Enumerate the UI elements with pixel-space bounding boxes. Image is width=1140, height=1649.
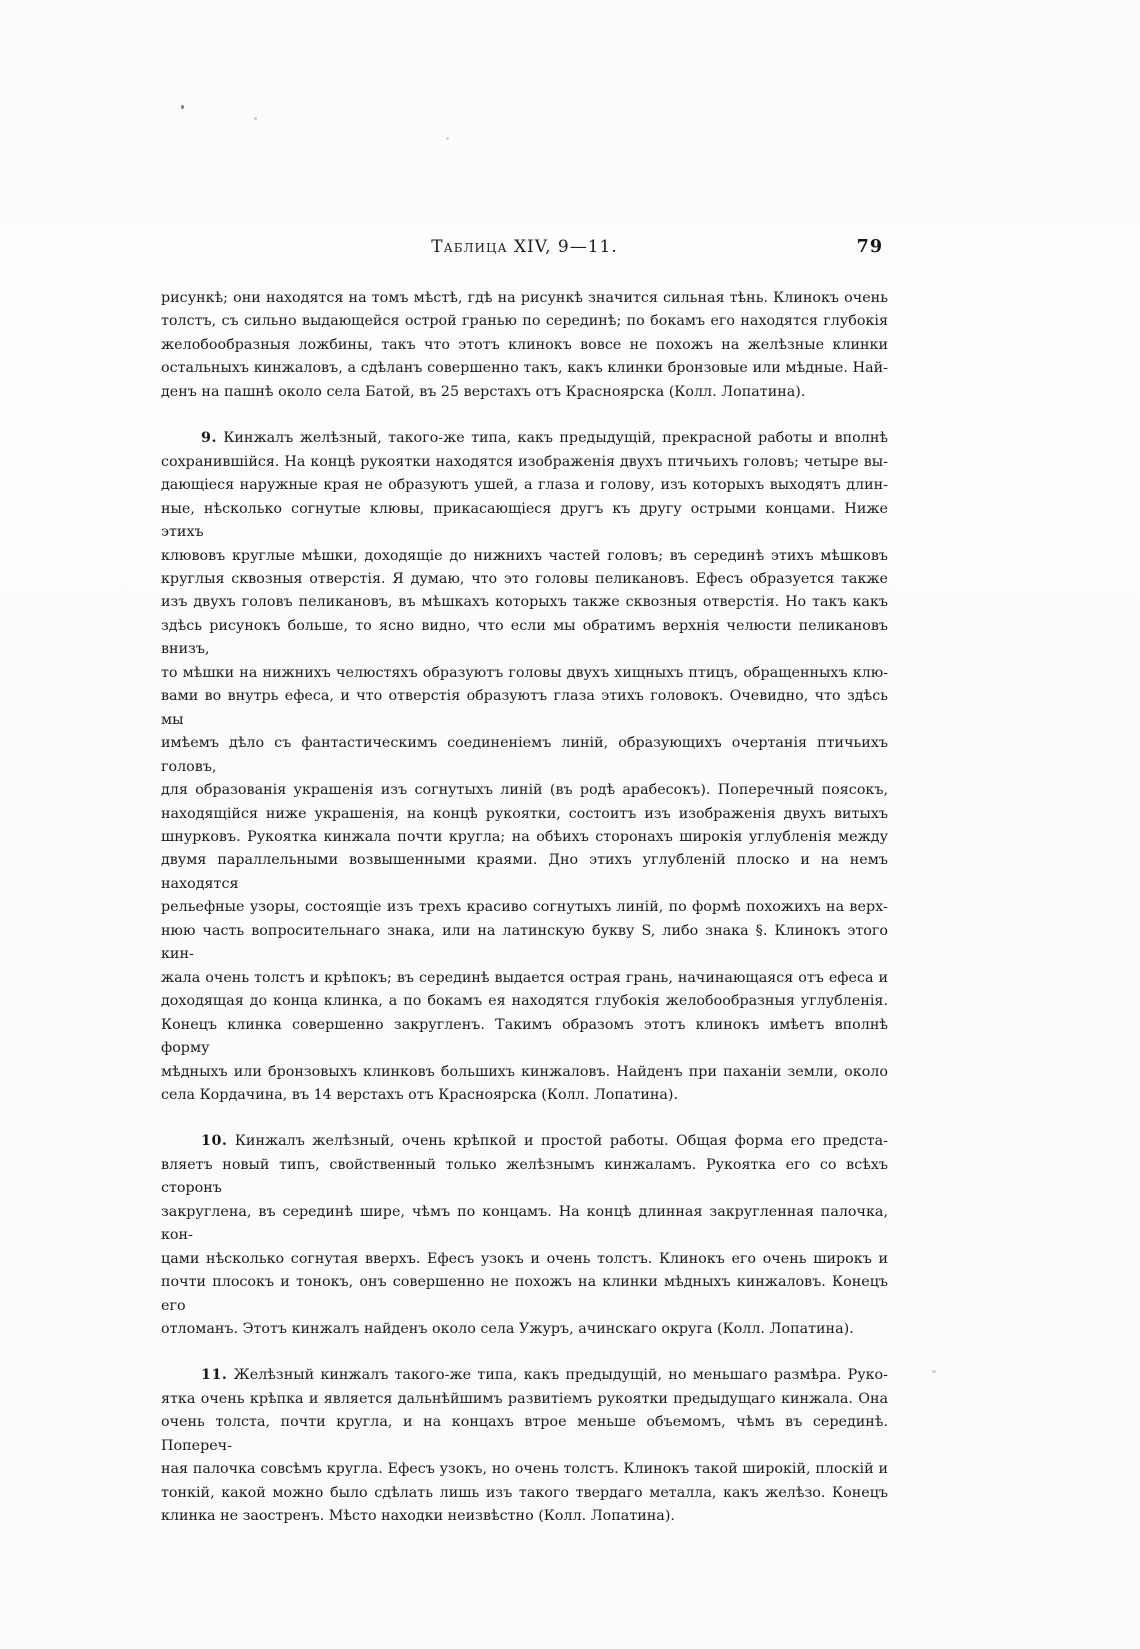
paragraph-continuation: рисункѣ; они находятся на томъ мѣстѣ, гд… xyxy=(161,287,888,404)
paragraph-number: 9. xyxy=(201,430,217,446)
table-caption: Таблица XIV, 9—11. xyxy=(161,237,888,257)
text-line: цами нѣсколько согнутая вверхъ. Ефесъ уз… xyxy=(161,1248,888,1271)
paragraph-item-9: 9. Кинжалъ желѣзный, такого-же типа, как… xyxy=(161,427,888,1107)
text-line: вляетъ новый типъ, свойственный только ж… xyxy=(161,1154,888,1201)
book-page: Таблица XIV, 9—11. 79 рисункѣ; они наход… xyxy=(0,0,1140,1649)
text-line: для образованія украшенія изъ согнутыхъ … xyxy=(161,779,888,802)
text-line: закруглена, въ серединѣ шире, чѣмъ по ко… xyxy=(161,1201,888,1248)
page-header: Таблица XIV, 9—11. 79 xyxy=(161,237,888,261)
text-line: почти плосокъ и тонокъ, онъ совершенно н… xyxy=(161,1271,888,1318)
text-line: ная палочка совсѣмъ кругла. Ефесъ узокъ,… xyxy=(161,1458,888,1481)
text-line: 11. Желѣзный кинжалъ такого-же типа, как… xyxy=(161,1364,888,1387)
text-line: находящійся ниже украшенія, на концѣ рук… xyxy=(161,803,888,826)
text-line: здѣсь рисунокъ больше, то ясно видно, чт… xyxy=(161,615,888,662)
text-line: шнурковъ. Рукоятка кинжала почти кругла;… xyxy=(161,826,888,849)
paragraph-number: 10. xyxy=(201,1133,227,1149)
text-line: села Кордачина, въ 14 верстахъ отъ Красн… xyxy=(161,1084,888,1107)
text-line: тонкій, какой можно было сдѣлать лишь из… xyxy=(161,1482,888,1505)
text-line: имѣемъ дѣло съ фантастическимъ соединені… xyxy=(161,732,888,779)
text-block: рисункѣ; они находятся на томъ мѣстѣ, гд… xyxy=(161,287,888,1529)
text-line: то мѣшки на нижнихъ челюстяхъ образуютъ … xyxy=(161,662,888,685)
text-line: рисункѣ; они находятся на томъ мѣстѣ, гд… xyxy=(161,287,888,310)
text-line: изъ двухъ головъ пеликановъ, въ мѣшкахъ … xyxy=(161,591,888,614)
text-line: вами во внутрь ефеса, и что отверстія об… xyxy=(161,685,888,732)
scan-speck xyxy=(254,117,257,120)
text-line: клювовъ круглые мѣшки, доходящіе до нижн… xyxy=(161,545,888,568)
text-line: ятка очень крѣпка и является дальнѣйшимъ… xyxy=(161,1388,888,1411)
text-line: денъ на пашнѣ около села Батой, въ 25 ве… xyxy=(161,381,888,404)
text-line: рельефные узоры, состоящіе изъ трехъ кра… xyxy=(161,896,888,919)
paragraph-number: 11. xyxy=(201,1367,227,1383)
text-line: желобообразныя ложбины, такъ что этотъ к… xyxy=(161,334,888,357)
text-line: дающіеся наружные края не образуютъ ушей… xyxy=(161,474,888,497)
text-line: отломанъ. Этотъ кинжалъ найденъ около се… xyxy=(161,1318,888,1341)
text-line: 10. Кинжалъ желѣзный, очень крѣпкой и пр… xyxy=(161,1130,888,1153)
scan-speck xyxy=(932,1370,936,1373)
text-line: нюю часть вопросительнаго знака, или на … xyxy=(161,920,888,967)
scan-speck xyxy=(446,137,449,140)
text-line: жала очень толстъ и крѣпокъ; въ серединѣ… xyxy=(161,967,888,990)
text-line: очень толста, почти кругла, и на концахъ… xyxy=(161,1411,888,1458)
text-line: клинка не заостренъ. Мѣсто находки неизв… xyxy=(161,1505,888,1528)
text-line: Конецъ клинка совершенно закругленъ. Так… xyxy=(161,1014,888,1061)
text-line: ные, нѣсколько согнутые клювы, прикасающ… xyxy=(161,498,888,545)
paragraph-item-11: 11. Желѣзный кинжалъ такого-же типа, как… xyxy=(161,1364,888,1528)
text-line: доходящая до конца клинка, а по бокамъ е… xyxy=(161,990,888,1013)
text-line: толстъ, съ сильно выдающейся острой гран… xyxy=(161,310,888,333)
text-line: мѣдныхъ или бронзовыхъ клинковъ большихъ… xyxy=(161,1061,888,1084)
scan-speck xyxy=(181,105,184,109)
text-line: круглыя сквозныя отверстія. Я думаю, что… xyxy=(161,568,888,591)
text-line: остальныхъ кинжаловъ, а сдѣланъ совершен… xyxy=(161,357,888,380)
page-number: 79 xyxy=(857,237,883,257)
text-line: 9. Кинжалъ желѣзный, такого-же типа, как… xyxy=(161,427,888,450)
text-line: двумя параллельными возвышенными краями.… xyxy=(161,849,888,896)
paragraph-item-10: 10. Кинжалъ желѣзный, очень крѣпкой и пр… xyxy=(161,1130,888,1341)
text-line: сохранившійся. На концѣ рукоятки находят… xyxy=(161,451,888,474)
